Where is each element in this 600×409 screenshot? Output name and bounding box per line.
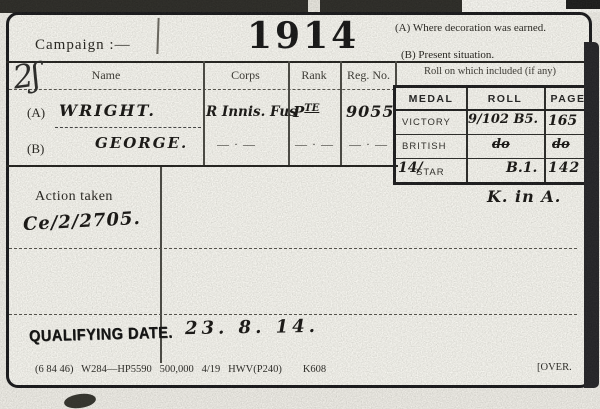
- over-label: [OVER.: [537, 362, 572, 373]
- medal-name-victory: VICTORY: [402, 117, 451, 128]
- roll-col-header: ROLL: [466, 93, 544, 105]
- medal-table-rule: [396, 158, 586, 159]
- corps-value: R Innis. Fus: [206, 104, 297, 120]
- pencil-mark: [156, 18, 159, 54]
- british-page-ditto: do: [552, 137, 570, 152]
- star-roll-value: B.1.: [506, 160, 537, 176]
- corps-ditto-dash: — · —: [217, 137, 256, 152]
- scan-right-shadow: [584, 42, 599, 388]
- name-underline: [55, 127, 201, 128]
- print-code: (6 84 46) W284—HP5590 500,000 4/19 HWV(P…: [35, 364, 326, 375]
- note-b: (B) Present situation.: [401, 49, 494, 61]
- column-header-rank: Rank: [288, 68, 340, 83]
- rank-value: PTE: [293, 103, 319, 121]
- scan-artifact-blob: [63, 392, 97, 409]
- row-a-label: (A): [27, 105, 45, 121]
- medal-col-header: MEDAL: [396, 93, 466, 105]
- british-roll-ditto: do: [492, 137, 510, 152]
- column-header-reg-no: Reg. No.: [340, 68, 397, 83]
- forename-value: GEORGE.: [95, 134, 188, 152]
- victory-roll-value: 9/102 B5.: [468, 112, 538, 127]
- qualifying-date-label: QUALIFYING DATE.: [29, 324, 173, 345]
- victory-page-value: 165: [548, 113, 577, 129]
- name-section-bottom-rule: [6, 165, 398, 167]
- rank-ditto-dash: — · —: [295, 137, 334, 152]
- reg-no-value: 9055: [346, 102, 395, 121]
- handwritten-check-mark: 2ʃ: [10, 55, 40, 96]
- column-header-corps: Corps: [203, 68, 288, 83]
- rank-superscript: TE: [304, 103, 319, 114]
- rank-main: P: [293, 103, 304, 121]
- campaign-year: 1914: [247, 15, 359, 57]
- header-underline: [9, 89, 395, 90]
- star-page-value: 142: [548, 160, 580, 176]
- killed-in-action-note: K. in A.: [487, 187, 561, 206]
- scan-corner-shadow: [566, 0, 600, 9]
- medal-name-british: BRITISH: [402, 141, 446, 152]
- medal-table-rule: [396, 134, 586, 135]
- scanned-medal-index-card: Campaign :— 1914 (A) Where decoration wa…: [0, 0, 600, 409]
- row-b-label: (B): [27, 141, 44, 157]
- ruled-line: [9, 314, 577, 315]
- medal-name-star: STAR: [416, 167, 445, 178]
- table-top-rule: [6, 61, 592, 63]
- ruled-line: [9, 248, 577, 249]
- surname-value: WRIGHT.: [59, 101, 156, 120]
- campaign-label: Campaign :—: [35, 37, 131, 54]
- qualifying-date-value: 23. 8. 14.: [185, 316, 319, 339]
- index-card: Campaign :— 1914 (A) Where decoration wa…: [6, 12, 592, 388]
- note-a: (A) Where decoration was earned.: [395, 22, 546, 34]
- reg-ditto-dash: — · —: [349, 137, 388, 152]
- medal-roll-table: MEDAL ROLL PAGE VICTORY 9/102 B5. 165 BR…: [393, 85, 589, 185]
- column-header-roll: Roll on which included (if any): [397, 66, 583, 77]
- medal-table-rule: [396, 109, 586, 111]
- action-taken-label: Action taken: [35, 189, 113, 205]
- action-taken-value: Ce/2/2705.: [23, 208, 142, 235]
